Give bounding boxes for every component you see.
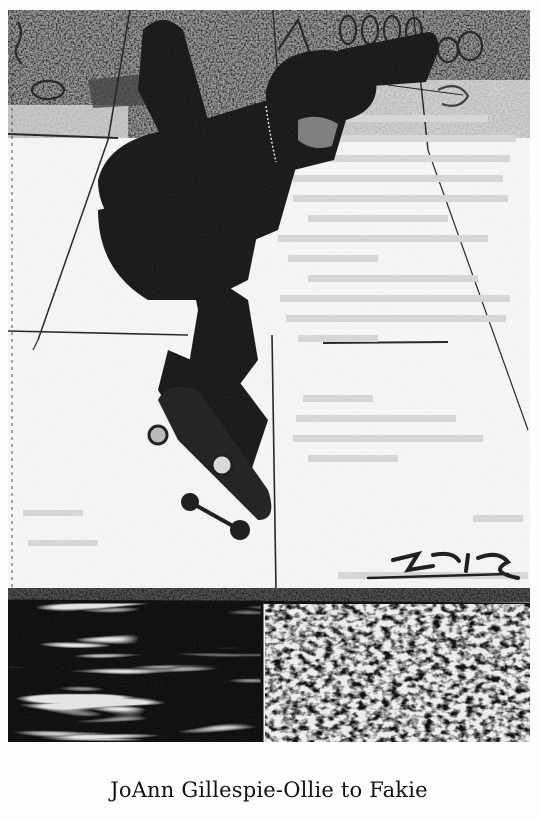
photo-caption: JoAnn Gillespie-Ollie to Fakie — [0, 778, 538, 802]
photo-illustration — [8, 10, 530, 742]
skate-photo — [8, 10, 530, 742]
zine-page: JoAnn Gillespie-Ollie to Fakie — [0, 0, 538, 820]
